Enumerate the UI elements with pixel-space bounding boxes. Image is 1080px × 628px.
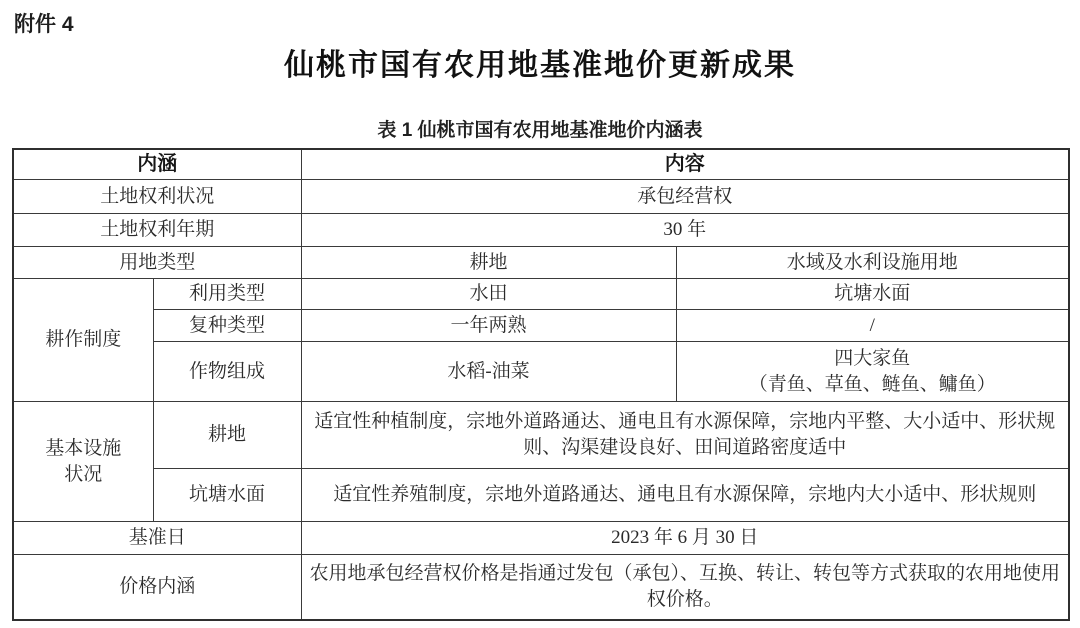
- land-use-type-label: 用地类型: [13, 247, 301, 279]
- benchmark-price-table: 内涵 内容 土地权利状况 承包经营权 土地权利年期 30 年 用地类型 耕地 水…: [12, 148, 1070, 621]
- attachment-label: 附件 4: [14, 8, 74, 38]
- price-connotation-label: 价格内涵: [13, 555, 301, 620]
- facilities-pond-value: 适宜性养殖制度，宗地外道路通达、通电且有水源保障，宗地内大小适中、形状规则: [301, 469, 1069, 522]
- table-row: 作物组成 水稻-油菜 四大家鱼 （青鱼、草鱼、鲢鱼、鳙鱼）: [13, 342, 1069, 402]
- facilities-pond-label: 坑塘水面: [153, 469, 301, 522]
- use-type-water: 坑塘水面: [676, 279, 1069, 310]
- use-type-label: 利用类型: [153, 279, 301, 310]
- farming-system-label: 耕作制度: [13, 279, 153, 402]
- table-row: 基准日 2023 年 6 月 30 日: [13, 522, 1069, 555]
- header-connotation: 内涵: [13, 149, 301, 180]
- crop-composition-farmland: 水稻-油菜: [301, 342, 676, 402]
- land-right-term-value: 30 年: [301, 214, 1069, 247]
- table-row: 内涵 内容: [13, 149, 1069, 180]
- table-row: 用地类型 耕地 水域及水利设施用地: [13, 247, 1069, 279]
- page-title: 仙桃市国有农用地基准地价更新成果: [0, 40, 1080, 84]
- crop-composition-label: 作物组成: [153, 342, 301, 402]
- land-use-type-water: 水域及水利设施用地: [676, 247, 1069, 279]
- land-right-status-value: 承包经营权: [301, 180, 1069, 214]
- cropping-type-label: 复种类型: [153, 310, 301, 342]
- base-date-label: 基准日: [13, 522, 301, 555]
- table-row: 复种类型 一年两熟 /: [13, 310, 1069, 342]
- use-type-farmland: 水田: [301, 279, 676, 310]
- table-row: 坑塘水面 适宜性养殖制度，宗地外道路通达、通电且有水源保障，宗地内大小适中、形状…: [13, 469, 1069, 522]
- land-right-status-label: 土地权利状况: [13, 180, 301, 214]
- table-row: 价格内涵 农用地承包经营权价格是指通过发包（承包）、互换、转让、转包等方式获取的…: [13, 555, 1069, 620]
- basic-facilities-label: 基本设施 状况: [13, 402, 153, 522]
- header-content: 内容: [301, 149, 1069, 180]
- base-date-value: 2023 年 6 月 30 日: [301, 522, 1069, 555]
- table-row: 基本设施 状况 耕地 适宜性种植制度，宗地外道路通达、通电且有水源保障，宗地内平…: [13, 402, 1069, 469]
- land-right-term-label: 土地权利年期: [13, 214, 301, 247]
- cropping-type-water: /: [676, 310, 1069, 342]
- basic-facilities-label-line2: 状况: [22, 462, 145, 488]
- crop-composition-water-line1: 四大家鱼: [685, 346, 1061, 372]
- facilities-farmland-label: 耕地: [153, 402, 301, 469]
- crop-composition-water-line2: （青鱼、草鱼、鲢鱼、鳙鱼）: [685, 372, 1061, 398]
- facilities-farmland-value: 适宜性种植制度，宗地外道路通达、通电且有水源保障，宗地内平整、大小适中、形状规则…: [301, 402, 1069, 469]
- crop-composition-water: 四大家鱼 （青鱼、草鱼、鲢鱼、鳙鱼）: [676, 342, 1069, 402]
- land-use-type-farmland: 耕地: [301, 247, 676, 279]
- table-row: 土地权利年期 30 年: [13, 214, 1069, 247]
- table-caption: 表 1 仙桃市国有农用地基准地价内涵表: [0, 115, 1080, 142]
- table-row: 土地权利状况 承包经营权: [13, 180, 1069, 214]
- table-row: 耕作制度 利用类型 水田 坑塘水面: [13, 279, 1069, 310]
- basic-facilities-label-line1: 基本设施: [22, 436, 145, 462]
- cropping-type-farmland: 一年两熟: [301, 310, 676, 342]
- price-connotation-value: 农用地承包经营权价格是指通过发包（承包）、互换、转让、转包等方式获取的农用地使用…: [301, 555, 1069, 620]
